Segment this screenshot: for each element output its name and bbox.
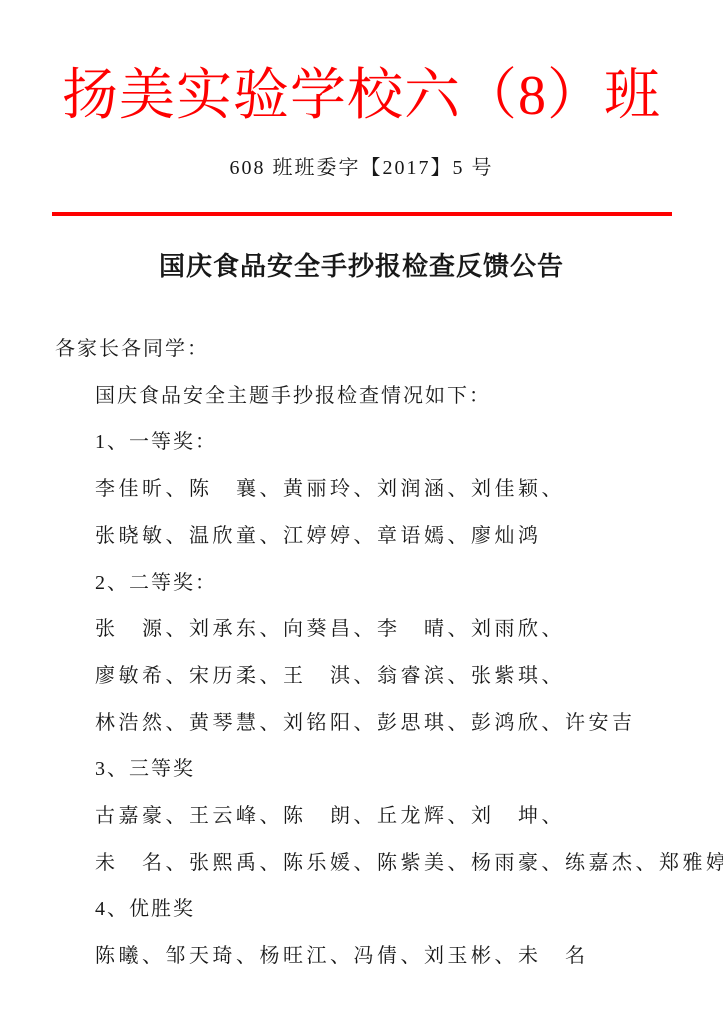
section-label-merit-prize: 4、优胜奖 <box>55 886 687 933</box>
notice-title: 国庆食品安全手抄报检查反馈公告 <box>0 249 723 283</box>
first-prize-names-line-1: 李佳昕、陈 襄、黄丽玲、刘润涵、刘佳颖、 <box>55 466 687 513</box>
notice-body: 各家长各同学： 国庆食品安全主题手抄报检查情况如下： 1、一等奖： 李佳昕、陈 … <box>55 326 687 980</box>
red-divider-line <box>52 212 672 216</box>
intro-line: 国庆食品安全主题手抄报检查情况如下： <box>55 373 687 420</box>
notice-document: 扬美实验学校六（8）班 608 班班委字【2017】5 号 国庆食品安全手抄报检… <box>0 0 723 1024</box>
salutation: 各家长各同学： <box>55 326 687 373</box>
section-label-first-prize: 1、一等奖： <box>55 419 687 466</box>
second-prize-names-line-1: 张 源、刘承东、向葵昌、李 晴、刘雨欣、 <box>55 606 687 653</box>
first-prize-names-line-2: 张晓敏、温欣童、江婷婷、章语嫣、廖灿鸿 <box>55 513 687 560</box>
second-prize-names-line-3: 林浩然、黄琴慧、刘铭阳、彭思琪、彭鸿欣、许安吉 <box>55 700 687 747</box>
second-prize-names-line-2: 廖敏希、宋历柔、王 淇、翁睿滨、张紫琪、 <box>55 653 687 700</box>
school-title: 扬美实验学校六（8）班 <box>0 60 723 132</box>
third-prize-names-line-2: 未 名、张熙禹、陈乐媛、陈紫美、杨雨豪、练嘉杰、郑雅婷 <box>55 840 687 887</box>
third-prize-names-line-1: 古嘉豪、王云峰、陈 朗、丘龙辉、刘 坤、 <box>55 793 687 840</box>
doc-number: 608 班班委字【2017】5 号 <box>0 153 723 183</box>
section-label-second-prize: 2、二等奖： <box>55 560 687 607</box>
merit-prize-names-line-1: 陈曦、邹天琦、杨旺江、冯倩、刘玉彬、未 名 <box>55 933 687 980</box>
section-label-third-prize: 3、三等奖 <box>55 746 687 793</box>
